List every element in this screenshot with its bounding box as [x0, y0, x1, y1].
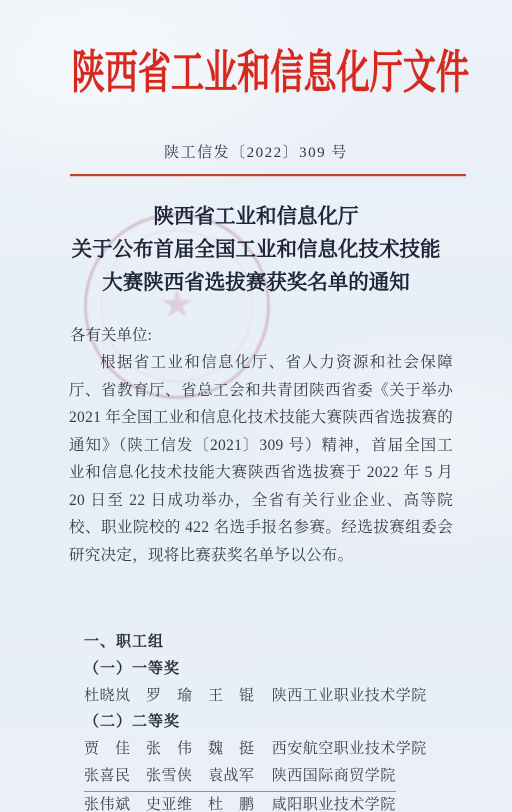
winner-row: 张伟斌 史亚维 杜 鹏咸阳职业技术学院 [84, 792, 484, 812]
second-prize-heading: （二）二等奖 [84, 709, 484, 736]
winner-institution: 咸阳职业技术学院 [272, 797, 396, 812]
body-paragraph: 根据省工业和信息化厅、省人力资源和社会保障厅、省教育厅、省总工会和共青团陕西省委… [69, 349, 453, 569]
winner-names: 贾 佳 张 伟 魏 挺 [84, 741, 255, 757]
notice-title-line2: 关于公布首届全国工业和信息化技术技能 [0, 234, 512, 267]
masthead-title: 陕西省工业和信息化厅文件 [72, 36, 441, 102]
winner-institution: 陕西国际商贸学院 [272, 768, 396, 784]
notice-title: 陕西省工业和信息化厅 关于公布首届全国工业和信息化技术技能 大赛陕西省选拔赛获奖… [0, 201, 512, 300]
document-number: 陕工信发〔2022〕309 号 [0, 141, 512, 162]
winner-names: 杜晓岚 罗 瑜 王 锟 [84, 688, 255, 704]
winner-row: 贾 佳 张 伟 魏 挺西安航空职业技术学院 [84, 736, 484, 763]
awards-section: 一、职工组 （一）一等奖 杜晓岚 罗 瑜 王 锟陕西工业职业技术学院 （二）二等… [84, 629, 484, 812]
winner-names: 张喜民 张雪侠 袁战军 [84, 768, 255, 784]
award-group-title: 一、职工组 [84, 629, 484, 656]
salutation: 各有关单位: [70, 323, 152, 345]
winner-names: 张伟斌 史亚维 杜 鹏 [84, 797, 255, 812]
notice-title-line1: 陕西省工业和信息化厅 [0, 201, 512, 234]
red-divider-line [70, 174, 466, 176]
winner-row: 张喜民 张雪侠 袁战军陕西国际商贸学院 [84, 763, 484, 792]
document-page: 陕西省工业和信息化厅文件 陕工信发〔2022〕309 号 ★ 陕西省工业和信息化… [0, 0, 512, 812]
notice-title-line3: 大赛陕西省选拔赛获奖名单的通知 [0, 267, 512, 300]
winner-institution: 西安航空职业技术学院 [272, 741, 427, 757]
winner-row: 杜晓岚 罗 瑜 王 锟陕西工业职业技术学院 [84, 683, 484, 710]
first-prize-heading: （一）一等奖 [84, 656, 484, 683]
winner-institution: 陕西工业职业技术学院 [272, 688, 427, 704]
